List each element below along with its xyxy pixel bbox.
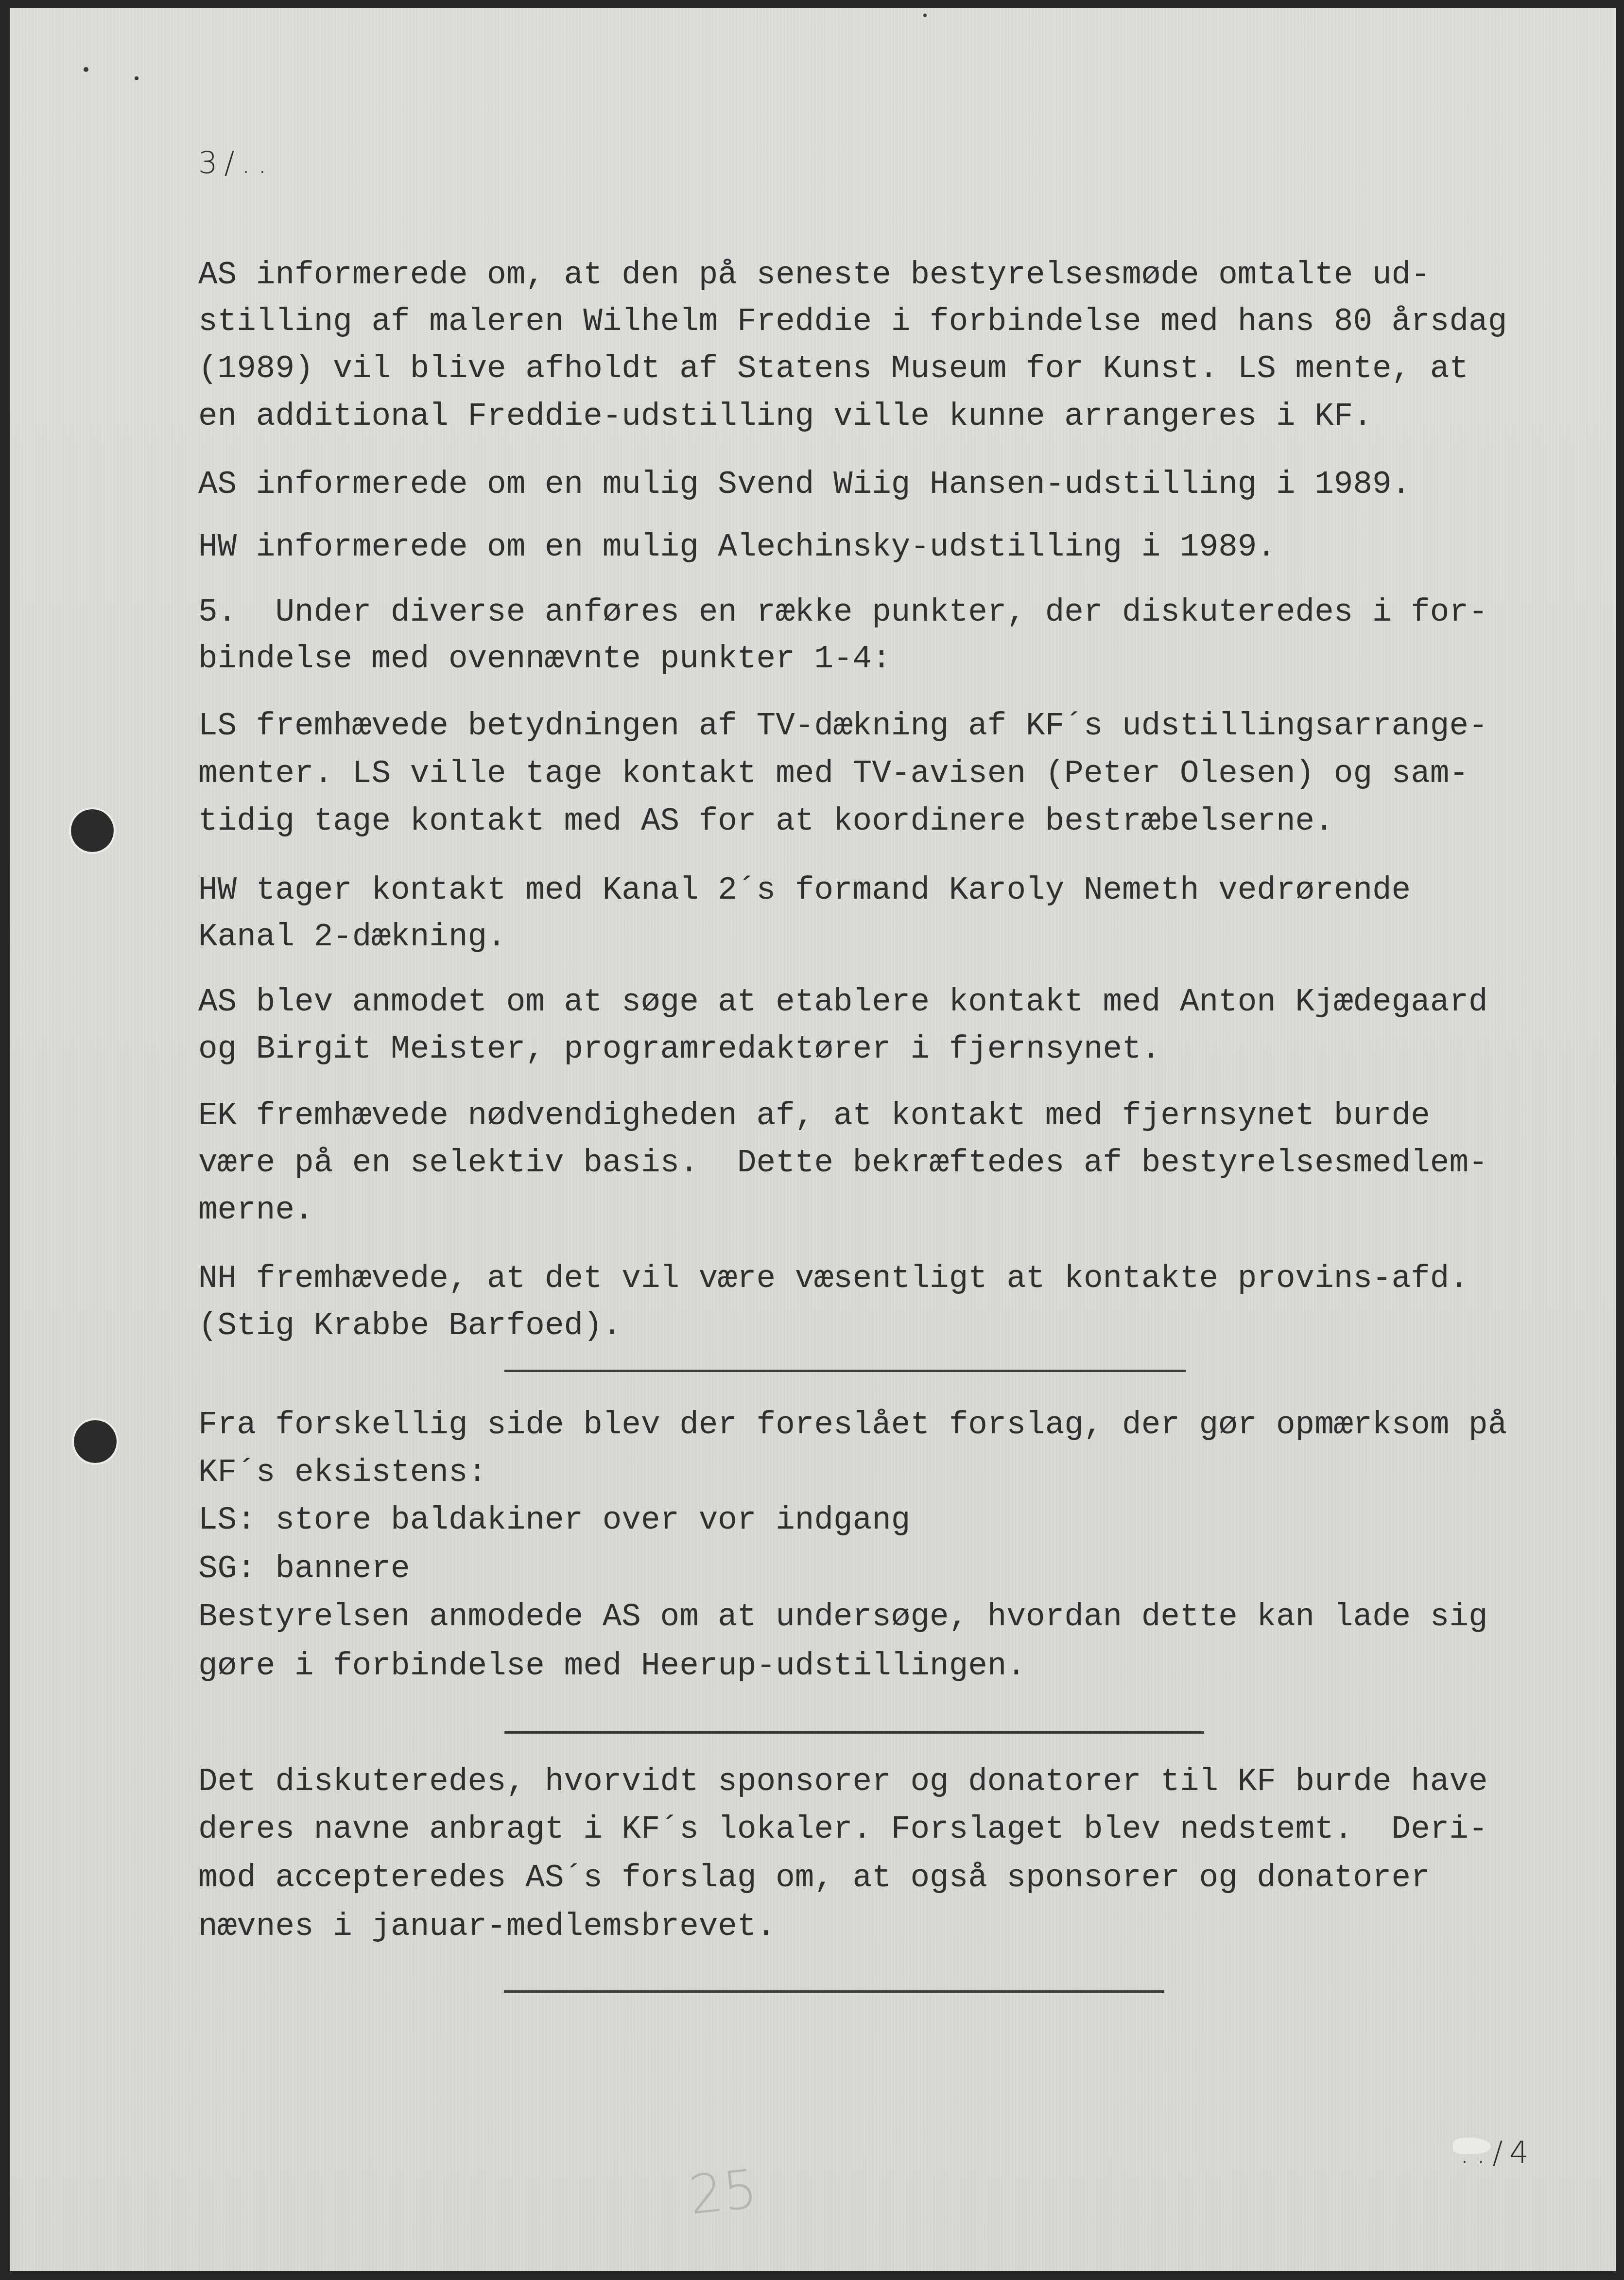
text-line: AS informerede om, at den på seneste bes… bbox=[198, 259, 1430, 291]
text-line: deres navne anbragt i KF´s lokaler. Fors… bbox=[198, 1813, 1488, 1845]
staple-mark-1 bbox=[84, 67, 88, 72]
text-line: gøre i forbindelse med Heerup-udstilling… bbox=[198, 1650, 1026, 1682]
text-line: en additional Freddie-udstilling ville k… bbox=[198, 400, 1372, 433]
page-footer-continuation: ../4 bbox=[1460, 2138, 1536, 2168]
punch-hole-upper bbox=[71, 809, 114, 852]
text-line: HW informerede om en mulig Alechinsky-ud… bbox=[198, 531, 1276, 563]
text-line: LS fremhævede betydningen af TV-dækning … bbox=[198, 710, 1488, 742]
punch-hole-lower bbox=[74, 1420, 117, 1463]
text-line: nævnes i januar-medlemsbrevet. bbox=[198, 1911, 776, 1943]
text-line: og Birgit Meister, programredaktører i f… bbox=[198, 1033, 1160, 1065]
staple-mark-2 bbox=[135, 76, 138, 80]
handwritten-page-number: 25 bbox=[687, 2162, 760, 2222]
text-line: SG: bannere bbox=[198, 1553, 410, 1585]
text-line: stilling af maleren Wilhelm Freddie i fo… bbox=[198, 306, 1507, 338]
text-line: HW tager kontakt med Kanal 2´s formand K… bbox=[198, 874, 1411, 906]
text-line: bindelse med ovennævnte punkter 1-4: bbox=[198, 643, 891, 675]
text-line: KF´s eksistens: bbox=[198, 1457, 487, 1489]
text-line: Bestyrelsen anmodede AS om at undersøge,… bbox=[198, 1601, 1488, 1633]
text-line: NH fremhævede, at det vil være væsentlig… bbox=[198, 1263, 1469, 1295]
text-line: AS blev anmodet om at søge at etablere k… bbox=[198, 986, 1488, 1018]
text-line: Kanal 2-dækning. bbox=[198, 921, 506, 953]
text-line: tidig tage kontakt med AS for at koordin… bbox=[198, 805, 1334, 837]
text-line: 5. Under diverse anføres en række punkte… bbox=[198, 596, 1488, 628]
text-line: mod accepteredes AS´s forslag om, at ogs… bbox=[198, 1862, 1430, 1894]
text-line: menter. LS ville tage kontakt med TV-avi… bbox=[198, 758, 1469, 790]
text-line: Fra forskellig side blev der foreslået f… bbox=[198, 1409, 1507, 1441]
text-line: merne. bbox=[198, 1194, 314, 1226]
text-line: være på en selektiv basis. Dette bekræft… bbox=[198, 1147, 1488, 1179]
page-header-continuation: 3/.. bbox=[198, 148, 274, 178]
dust-speck bbox=[923, 14, 927, 17]
section-divider bbox=[504, 1731, 1204, 1734]
text-line: LS: store baldakiner over vor indgang bbox=[198, 1504, 910, 1536]
text-line: Det diskuteredes, hvorvidt sponsorer og … bbox=[198, 1766, 1488, 1798]
text-line: (1989) vil blive afholdt af Statens Muse… bbox=[198, 353, 1469, 385]
text-line: AS informerede om en mulig Svend Wiig Ha… bbox=[198, 469, 1411, 501]
section-divider bbox=[504, 1990, 1164, 1993]
text-line: (Stig Krabbe Barfoed). bbox=[198, 1310, 622, 1342]
text-line: EK fremhævede nødvendigheden af, at kont… bbox=[198, 1100, 1430, 1132]
section-divider bbox=[504, 1370, 1186, 1372]
